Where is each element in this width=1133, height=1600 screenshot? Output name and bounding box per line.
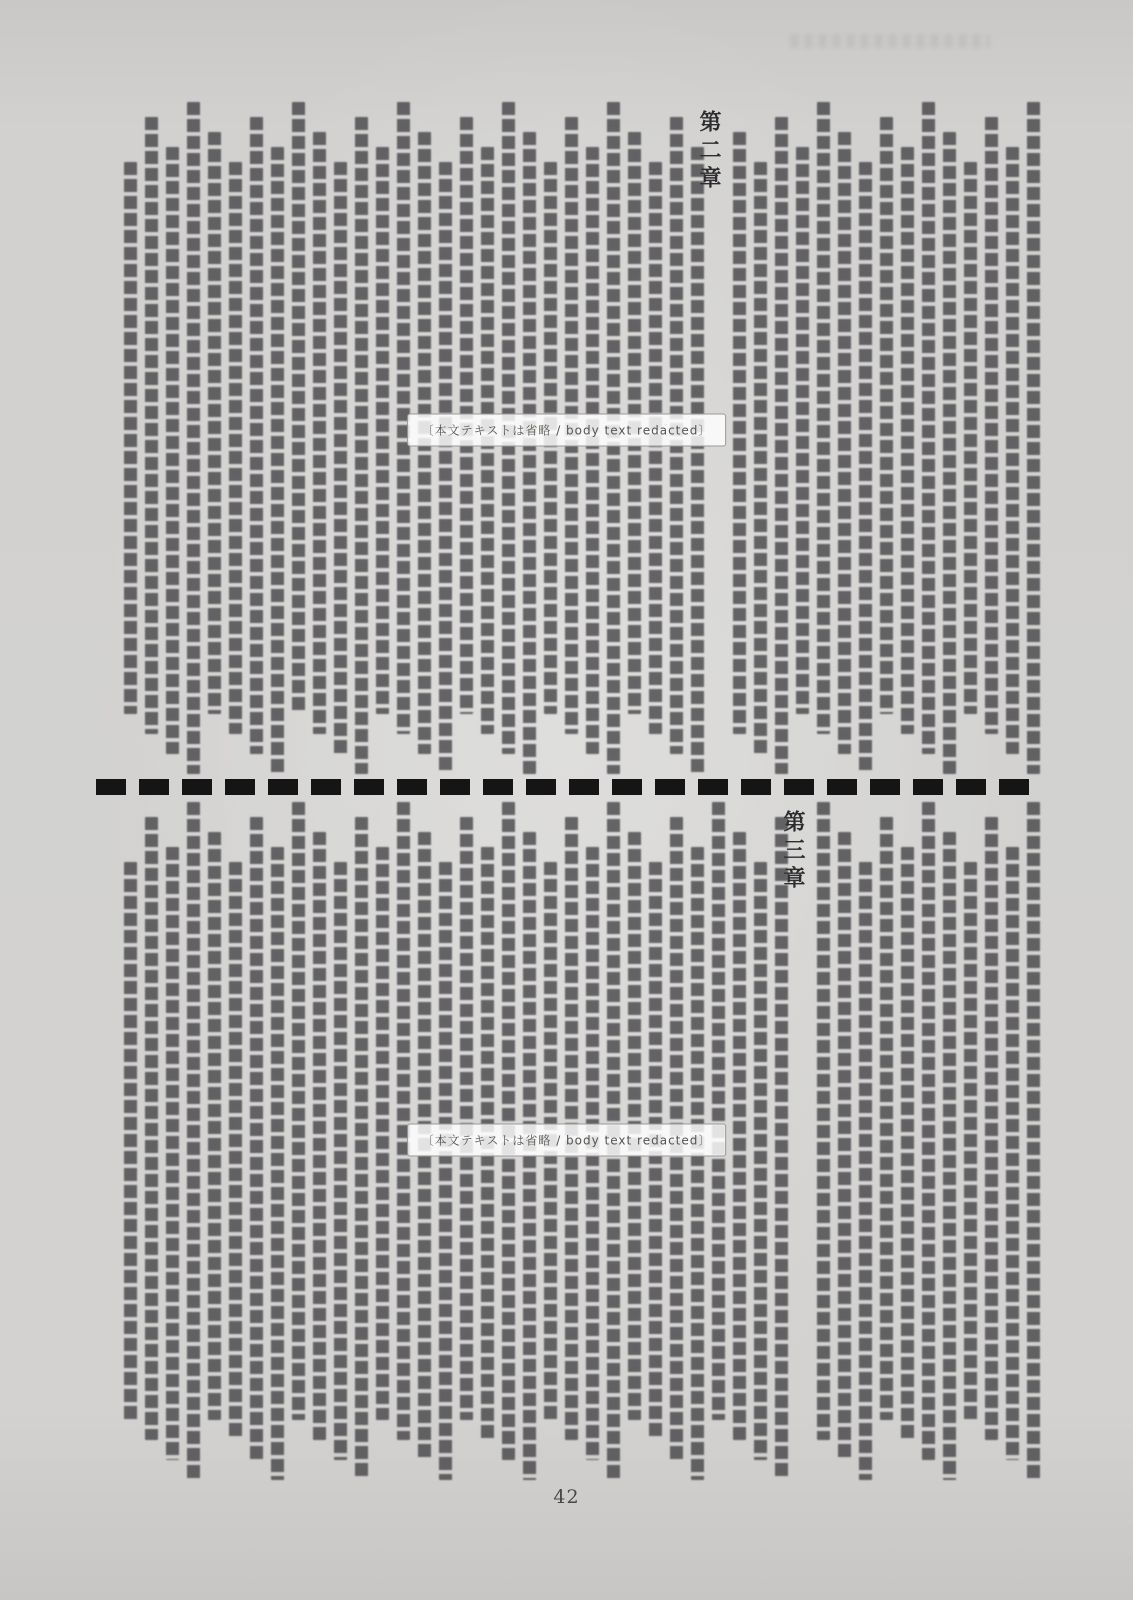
redacted-text-column: [229, 162, 242, 734]
redacted-text-column: [733, 832, 746, 1440]
redacted-text-column: [145, 117, 158, 734]
redacted-text-column: [901, 147, 914, 734]
redacted-text-column: [754, 162, 767, 754]
redacted-text-column: [1027, 802, 1040, 1480]
redacted-text-column: [880, 817, 893, 1420]
redacted-text-column: [166, 847, 179, 1460]
redacted-text-column: [964, 162, 977, 714]
redacted-text-column: [376, 847, 389, 1420]
redacted-text-column: [271, 847, 284, 1480]
redacted-text-column: [145, 817, 158, 1440]
page-number: 42: [0, 1486, 1133, 1508]
redacted-text-column: [166, 147, 179, 754]
redacted-text-column: [397, 802, 410, 1440]
redacted-text-column: [250, 817, 263, 1460]
redacted-text-column: [943, 132, 956, 774]
redacted-text-column: [1006, 847, 1019, 1460]
redacted-text-column: [985, 117, 998, 734]
redacted-text-column: [817, 102, 830, 734]
redacted-text-column: [334, 862, 347, 1460]
redacted-text-column: [880, 117, 893, 714]
redacted-text-column: [691, 147, 704, 774]
scan-artifact-smudge: [790, 34, 990, 48]
redacted-text-column: [775, 817, 788, 1480]
redacted-text-column: [775, 117, 788, 774]
redacted-text-column: [586, 147, 599, 754]
redacted-text-column: [523, 132, 536, 774]
redacted-text-column: [691, 847, 704, 1480]
redacted-text-column: [187, 802, 200, 1480]
redacted-text-column: [943, 832, 956, 1480]
redacted-text-column: [292, 102, 305, 714]
redacted-text-column: [1006, 147, 1019, 754]
redacted-text-column: [859, 162, 872, 774]
redacted-text-column: [355, 117, 368, 774]
redacted-text-column: [208, 832, 221, 1420]
redacted-text-column: [355, 817, 368, 1480]
redacted-text-column: [250, 117, 263, 754]
section-divider-dashes: [96, 779, 1040, 795]
redacted-text-column: [922, 802, 935, 1460]
redaction-notice-top: 〔本文テキストは省略 / body text redacted〕: [407, 414, 727, 447]
redacted-text-column: [313, 832, 326, 1440]
redacted-text-column: [376, 147, 389, 714]
redacted-text-column: [439, 862, 452, 1480]
redacted-text-column: [313, 132, 326, 734]
redacted-text-column: [187, 102, 200, 774]
redaction-notice-bottom: 〔本文テキストは省略 / body text redacted〕: [407, 1124, 727, 1157]
redacted-text-column: [922, 102, 935, 754]
scanned-page: 第二章 〔本文テキストは省略 / body text redacted〕 第三章…: [0, 0, 1133, 1600]
redacted-text-column: [292, 802, 305, 1420]
redacted-text-column: [733, 132, 746, 734]
chapter-heading: 第三章: [796, 810, 809, 1480]
redacted-text-column: [649, 162, 662, 734]
redacted-text-column: [124, 162, 137, 714]
redacted-text-column: [439, 162, 452, 774]
redacted-text-column: [334, 162, 347, 754]
redacted-text-column: [229, 862, 242, 1440]
redacted-text-column: [964, 862, 977, 1420]
redacted-text-column: [460, 817, 473, 1420]
redacted-text-column: [754, 862, 767, 1460]
redacted-text-column: [712, 802, 725, 1420]
redacted-text-column: [985, 817, 998, 1440]
redacted-text-column: [817, 802, 830, 1440]
redacted-text-column: [796, 147, 809, 714]
redacted-text-column: [859, 862, 872, 1480]
redacted-text-column: [271, 147, 284, 774]
redacted-text-column: [838, 832, 851, 1460]
redacted-text-column: [1027, 102, 1040, 774]
redacted-text-column: [901, 847, 914, 1440]
redacted-text-column: [124, 862, 137, 1420]
redacted-text-column: [838, 132, 851, 754]
redacted-text-column: [208, 132, 221, 714]
